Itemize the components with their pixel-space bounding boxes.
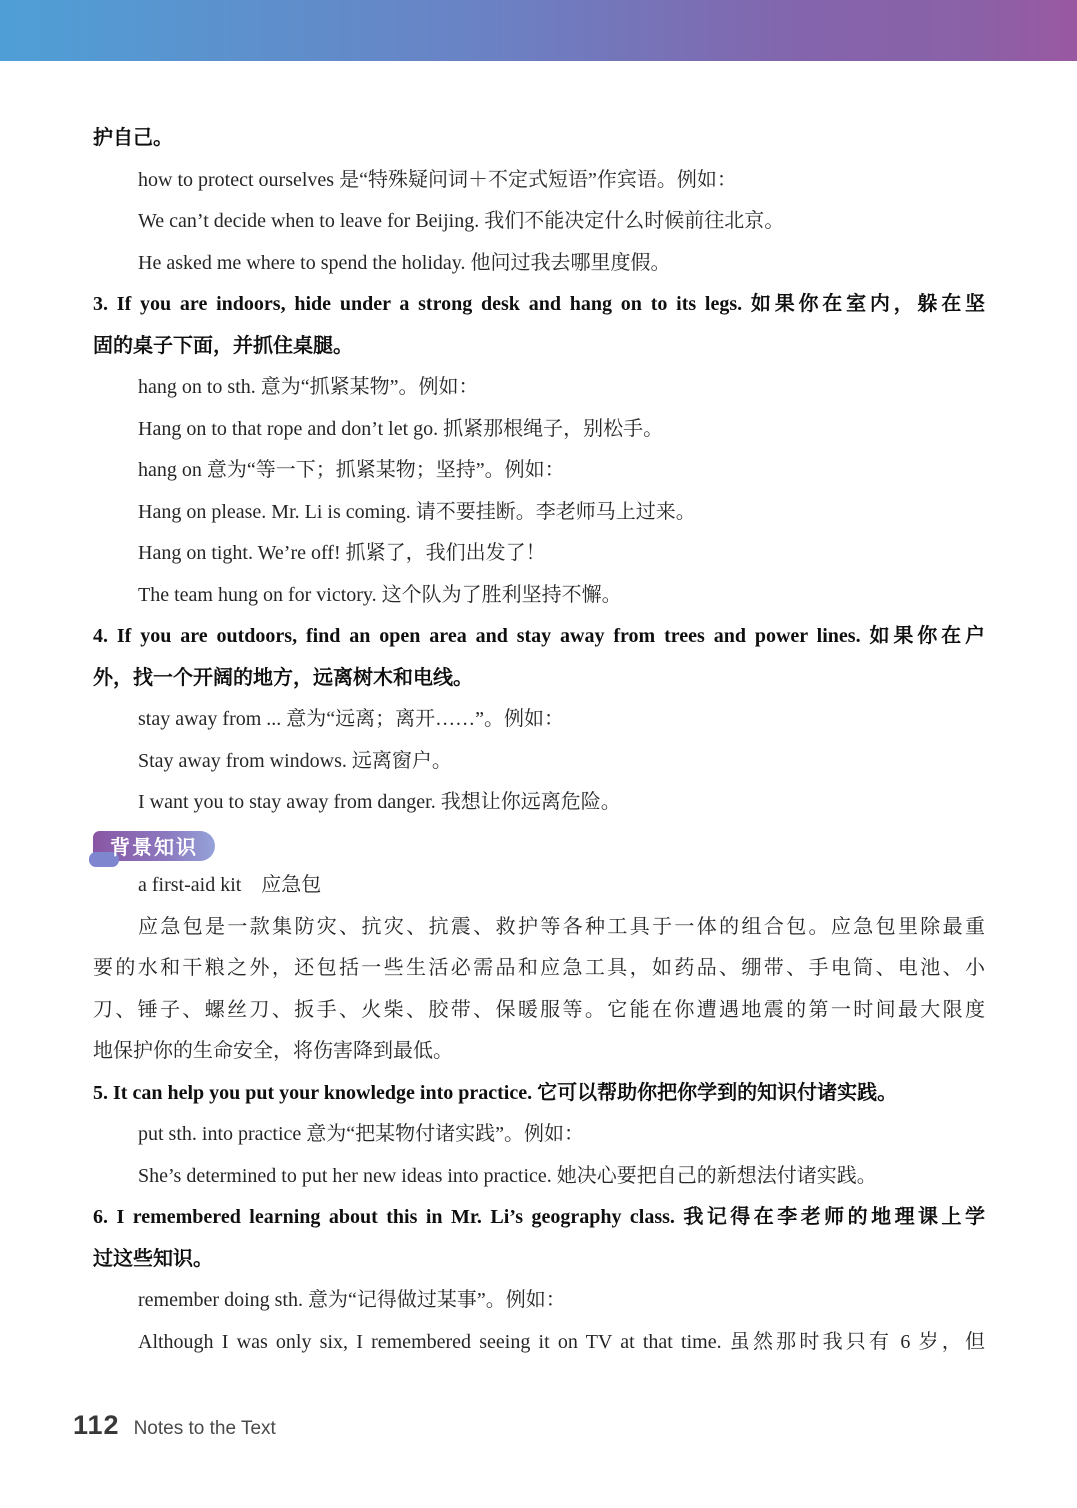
section-heading-4-cont: 外，找一个开阔的地方，远离树木和电线。: [93, 658, 985, 700]
text-line: Hang on please. Mr. Li is coming. 请不要挂断。…: [93, 492, 985, 534]
section-heading-3: 3. If you are indoors, hide under a stro…: [93, 284, 985, 326]
text-line: hang on 意为“等一下；抓紧某物；坚持”。例如：: [93, 450, 985, 492]
section-heading-6: 6. I remembered learning about this in M…: [93, 1197, 985, 1239]
text-line: We can’t decide when to leave for Beijin…: [93, 201, 985, 243]
text-line: hang on to sth. 意为“抓紧某物”。例如：: [93, 367, 985, 409]
section-heading-4: 4. If you are outdoors, find an open are…: [93, 616, 985, 658]
text-line: I want you to stay away from danger. 我想让…: [93, 782, 985, 824]
background-knowledge-badge: 背景知识: [93, 831, 215, 861]
text-line: 护自己。: [93, 118, 985, 160]
header-gradient-bar: [0, 0, 1077, 61]
text-line: He asked me where to spend the holiday. …: [93, 243, 985, 285]
text-line: Hang on tight. We’re off! 抓紧了，我们出发了！: [93, 533, 985, 575]
text-line: remember doing sth. 意为“记得做过某事”。例如：: [93, 1280, 985, 1322]
text-line: put sth. into practice 意为“把某物付诸实践”。例如：: [93, 1114, 985, 1156]
footer-section-title: Notes to the Text: [134, 1418, 276, 1440]
page-body: 护自己。 how to protect ourselves 是“特殊疑问词＋不定…: [93, 118, 985, 1363]
text-line: a first-aid kit 应急包: [93, 865, 985, 907]
text-line: how to protect ourselves 是“特殊疑问词＋不定式短语”作…: [93, 160, 985, 202]
text-line: 应急包是一款集防灾、抗灾、抗震、救护等各种工具于一体的组合包。应急包里除最重: [93, 907, 985, 949]
section-heading-3-cont: 固的桌子下面，并抓住桌腿。: [93, 326, 985, 368]
page-number: 112: [73, 1410, 120, 1441]
text-line: stay away from ... 意为“远离；离开……”。例如：: [93, 699, 985, 741]
text-line: 要的水和干粮之外，还包括一些生活必需品和应急工具，如药品、绷带、手电筒、电池、小: [93, 948, 985, 990]
text-line: Stay away from windows. 远离窗户。: [93, 741, 985, 783]
text-line: 地保护你的生命安全，将伤害降到最低。: [93, 1031, 985, 1073]
section-heading-6-cont: 过这些知识。: [93, 1239, 985, 1281]
badge-label: 背景知识: [110, 831, 198, 860]
text-line: 刀、锤子、螺丝刀、扳手、火柴、胶带、保暖服等。它能在你遭遇地震的第一时间最大限度: [93, 990, 985, 1032]
section-heading-5: 5. It can help you put your knowledge in…: [93, 1073, 985, 1115]
text-line: Although I was only six, I remembered se…: [93, 1322, 985, 1364]
text-line: Hang on to that rope and don’t let go. 抓…: [93, 409, 985, 451]
text-line: The team hung on for victory. 这个队为了胜利坚持不…: [93, 575, 985, 617]
page-footer: 112 Notes to the Text: [73, 1410, 276, 1441]
badge-row: 背景知识: [93, 824, 985, 866]
text-line: She’s determined to put her new ideas in…: [93, 1156, 985, 1198]
